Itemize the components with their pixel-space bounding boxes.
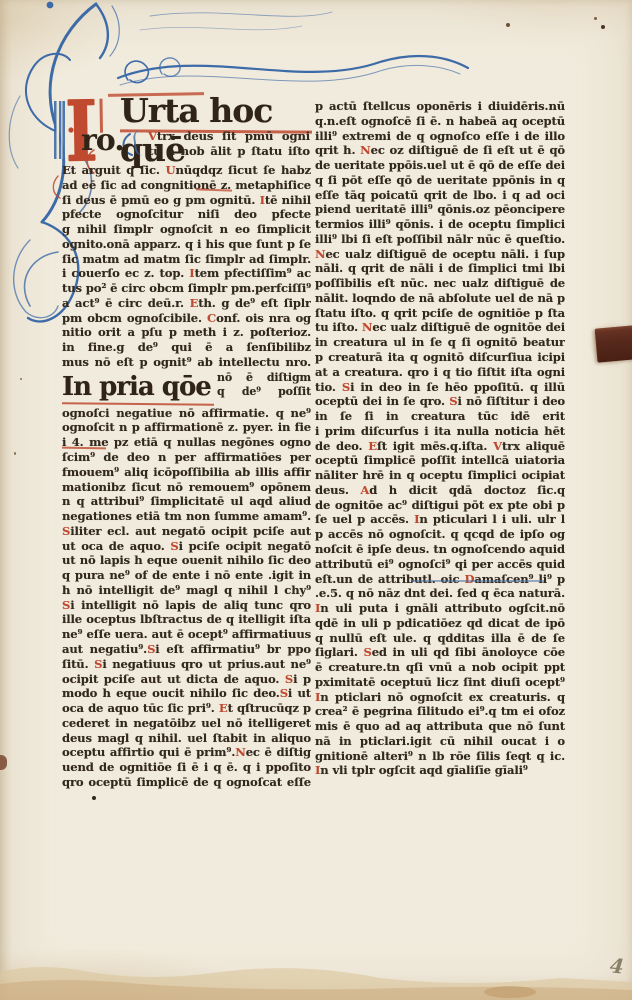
text-line: ille oceptus lbſtractus de q itelligit i…: [62, 612, 311, 627]
text-line: nā in pticlari.igit cū nihil oucat i o: [315, 734, 565, 749]
opening-cap-lines: Vtrx deus ſit pmū ognitū a nob ālit p ſt…: [148, 129, 310, 159]
text-line: nālit. loqndo de nā abſolute uel de nā p: [315, 291, 565, 306]
folio-mark: 4: [609, 953, 625, 978]
text-line: In vli tplr ogſcit aqd gīaliſīe gīali⁹: [315, 763, 565, 778]
bottom-edge-stain: [0, 958, 632, 1000]
text-line: ſitū. Si negatiuus qro ut prius.aut ne⁹: [62, 657, 311, 672]
text-line: ad eē ſic ad congnitionē z. metaphiſice: [62, 178, 311, 193]
text-line: tū a nob ālit p ſtatu iſto: [148, 144, 310, 159]
text-line: mus nō eſt p ognit⁹ ab intellectu nro.: [62, 355, 311, 370]
text-line: pm obcm ognoſcibile. Conf. ois nra og: [62, 311, 311, 326]
text-line: deus magl q nihil. uel ſtabit in aliquo: [62, 731, 311, 746]
text-line: qdē in uli p pdicatiōez qd dicat de ipō: [315, 616, 565, 631]
text-line: at a creatura. qro i q tio ſiſtit iſta o…: [315, 365, 565, 380]
text-line: nō ē diſtigm: [217, 371, 311, 386]
stray-ink-dot: [92, 796, 96, 800]
page-photo: Urta hoc quē ro. Vtrx deus ſit pmū ognit…: [0, 0, 632, 1000]
ink-underline-damascene: [412, 580, 544, 582]
text-line: p accēs nō ognoſcit. q qcqd de ipſo og: [315, 527, 565, 542]
text-line: illi⁹ lbi ſi eſt poſſibil nālr nūc ē que…: [315, 232, 565, 247]
text-line: in fine.g de⁹ qui ē a ſenſibilibz remoti…: [62, 340, 311, 355]
text-line: ſe uel p accēs. In pticulari l i uli. ul…: [315, 512, 565, 527]
text-line: h nō intelligit de⁹ magl q nihil l chy⁹: [62, 583, 311, 598]
text-line: uend de ognitiōe ſi ē i q ē. q i ppoſito: [62, 760, 311, 775]
text-line: qro oceptū ſimplicē de q ognoſcat eſſe: [62, 775, 311, 790]
text-line: ognoſci negatiue nō affirmatie. q ne⁹ nō: [62, 406, 311, 421]
text-line: q pura ne⁹ of de ente i nō ente .igit in: [62, 568, 311, 583]
text-line: nāliter hrē in q oceptu ſimplici ocipiat: [315, 468, 565, 483]
section-header-title: In pria qōe: [62, 372, 211, 402]
left-column-upper-text: Et arguit q ſic. Unūqdqz ſicut ſe habzad…: [62, 163, 311, 370]
text-line: Nec ualz diſtiguē de oceptu nāli. i ſup: [315, 247, 565, 262]
text-line: noſcit ē ipſe deus. tn ognoſcendo aquid: [315, 542, 565, 557]
text-line: fmouem⁹ aliq icōpoſſibilia ab illis affi…: [62, 465, 311, 480]
text-line: de ueritate ppōis.uel ut ē qō de eſſe de…: [315, 158, 565, 173]
manuscript-page: Urta hoc quē ro. Vtrx deus ſit pmū ognit…: [0, 0, 632, 1000]
text-line: oceptū dei in ſe qro. Si nō ſiſtitur i d…: [315, 394, 565, 409]
text-line: ſtatu iſto. q qrit pciſe de ognitiōe p ſ…: [315, 306, 565, 321]
leather-index-tab: [595, 325, 632, 362]
text-line: pximitatē oceptuū licz ſint diuſi ocept⁹: [315, 675, 565, 690]
text-line: pfecte ognoſcitur niſi deo pfecte ognito: [62, 207, 311, 222]
text-line: termios illi⁹ qōnis. i de oceptu ſimplic…: [315, 217, 565, 232]
text-line: de deo. Eſt igit mēs.q.iſta. Vtrx aliquē: [315, 439, 565, 454]
text-line: a act⁹ ē circ deū.r. Eth. g de⁹ eſt ſipl…: [62, 296, 311, 311]
right-text-column: p actū ſtellcus oponēris i diuidēris.nūq…: [315, 99, 565, 778]
text-line: illi⁹ extremi de q ognoſco eſſe i de ill…: [315, 129, 565, 144]
text-line: deus. Ad h dicit qdā doctoz ſic.q loqndo: [315, 483, 565, 498]
chapter-opening: Urta hoc quē ro. Vtrx deus ſit pmū ognit…: [62, 97, 311, 163]
text-line: ſcim⁹ de deo n per affirmatiōes per quas: [62, 450, 311, 465]
text-line: oca de aquo tūc ſic pri⁹. Et qſtrucūqz p: [62, 701, 311, 716]
section-header: In pria qōe nō ē diſtigmq de⁹ poſſit: [62, 370, 311, 406]
text-line: tu iſto. Nec ualz diſtiguē de ognitōe de…: [315, 320, 565, 335]
text-line: ocipit pciſe aut ut dicta de aquo. Si p: [62, 672, 311, 687]
text-line: g nihil ſimplr ognoſcit n eo ſimplicit: [62, 222, 311, 237]
text-line: eſſe tāq poicatū qrit de lbo. i q ad oci: [315, 188, 565, 203]
text-line: oceptū ſimplicē poſſit intellcā uiatoria: [315, 453, 565, 468]
text-line: piend ueritatē illi⁹ qōnis.oz pēoncipere: [315, 202, 565, 217]
text-line: ne⁹ eſſe uera. aut ē ocept⁹ affirmatiuus: [62, 627, 311, 642]
text-line: ut nō lapis h eque ouenit nihilo ſic deo: [62, 553, 311, 568]
text-line: de ognitōe ac⁹ diſtigui pōt ex pte obi p: [315, 498, 565, 513]
text-line: n q attribui⁹ ſimplicitatē ul aqd aliud: [62, 494, 311, 509]
text-line: Vtrx deus ſit pmū ogni: [148, 129, 310, 144]
foxing-speck: [14, 452, 16, 455]
text-line: nāli. q qrit de nāli i de ſimplici tmi l…: [315, 261, 565, 276]
foxing-speck: [506, 23, 510, 27]
text-line: tio. Si in deo in ſe hēo ppoſitū. q illū: [315, 380, 565, 395]
text-line: mationibz ſicut nō remouem⁹ opōnem: [62, 480, 311, 495]
text-line: poſſibilis eſt nūc. nec ualz diſtiguē de: [315, 276, 565, 291]
left-column-lower-text: ognoſci negatiue nō affirmatie. q ne⁹ nō…: [62, 406, 311, 790]
text-line: negationes etiā tm non ſumme amam⁹.: [62, 509, 311, 524]
text-line: Siliter ecl. aut negatō ocipit pciſe aut: [62, 524, 311, 539]
text-line: Si intelligit nō lapis de aliq tunc qro: [62, 598, 311, 613]
text-line: In pticlari nō ognoſcit ex creaturis. q: [315, 690, 565, 705]
text-line: ſi deus ē pmū eo g pm ognitū. Itē nihil: [62, 193, 311, 208]
text-line: q de⁹ poſſit: [217, 385, 311, 400]
text-line: ut oca de aquo. Si pciſe ocipit negatō: [62, 539, 311, 554]
left-text-column: Urta hoc quē ro. Vtrx deus ſit pmū ognit…: [62, 97, 311, 790]
text-line: attributū ei⁹ ognoſci⁹ qi per accēs quid: [315, 557, 565, 572]
text-line: q ſi pōt eſſe qō de ueritate ppōnis in q: [315, 173, 565, 188]
text-line: ognoſcit n p affirmationē z. pyer. in fi…: [62, 420, 311, 435]
text-line: qrit h. Nec oz diſtiguē de ſi eſt ut ē q…: [315, 143, 565, 158]
text-line: p creaturā ita q ognitō diſcurſiua icipi: [315, 350, 565, 365]
text-line: ē creature.tn qſi vnū a nob ocipit ppt: [315, 660, 565, 675]
text-line: ognito.onā apparz. q i his que ſunt p ſe: [62, 237, 311, 252]
text-line: modo h eque oucit nihilo ſic deo.Si ut: [62, 686, 311, 701]
text-line: in ſe ſi in creatura tūc idē erit termin…: [315, 409, 565, 424]
text-line: nitio orit a pſu p meth i z. poſterioz.: [62, 325, 311, 340]
foxing-speck: [594, 17, 597, 20]
foxing-speck: [601, 25, 605, 29]
left-edge-tab-remnant: [0, 755, 7, 770]
text-line: i prim diſcurſus i ita nulla noticia hēt: [315, 424, 565, 439]
section-header-underline: [62, 402, 214, 406]
text-line: aut negatiu⁹.Si eſt affirmatiu⁹ br ppo: [62, 642, 311, 657]
text-line: In uli puta i gnāli attributo ogſcit.nō: [315, 601, 565, 616]
text-line: q.n.eſt ognoſcē ſi ē. n habeā aq oceptū: [315, 114, 565, 129]
text-line: p actū ſtellcus oponēris i diuidēris.nū: [315, 99, 565, 114]
text-line: q nullū eſt ule. q qdditas illa ē de ſe: [315, 631, 565, 646]
text-line: mis ē quo ad aq attributa que nō ſunt: [315, 719, 565, 734]
text-line: ſic matm ad matm ſic ſimplr ad ſimplr.: [62, 252, 311, 267]
drop-word: ro.: [81, 123, 124, 158]
foxing-speck: [20, 378, 22, 380]
text-line: oceptu affirtio qui ē prim⁹.Nec ē diſtig: [62, 745, 311, 760]
text-line: .e.5. q nō nāz dnt dei. ſed q ēca naturā…: [315, 586, 565, 601]
text-line: crea² ē pegrina ſilitudo ei⁹.q tm ei ofo…: [315, 704, 565, 719]
text-line: cederet in negatōibz uel nō itelligeret: [62, 716, 311, 731]
text-line: tus po² ē circ obcm ſimplr pm.perfciſſi⁹: [62, 281, 311, 296]
text-line: i couerſo ec z. top. Item pfectiſſim⁹ ac: [62, 266, 311, 281]
text-line: gnitionē alteri⁹ n lb rōe ſilis ſeqt q i…: [315, 749, 565, 764]
text-line: ſiglari. Sed in uli qd ſibi ānoloyce cōe: [315, 645, 565, 660]
text-line: eſt.un de attributl. oic Damaſcen⁹ li⁹ p: [315, 572, 565, 587]
section-header-side-lines: nō ē diſtigmq de⁹ poſſit: [217, 371, 311, 401]
text-line: in creatura ul in ſe q ſi ognitō beatur: [315, 335, 565, 350]
